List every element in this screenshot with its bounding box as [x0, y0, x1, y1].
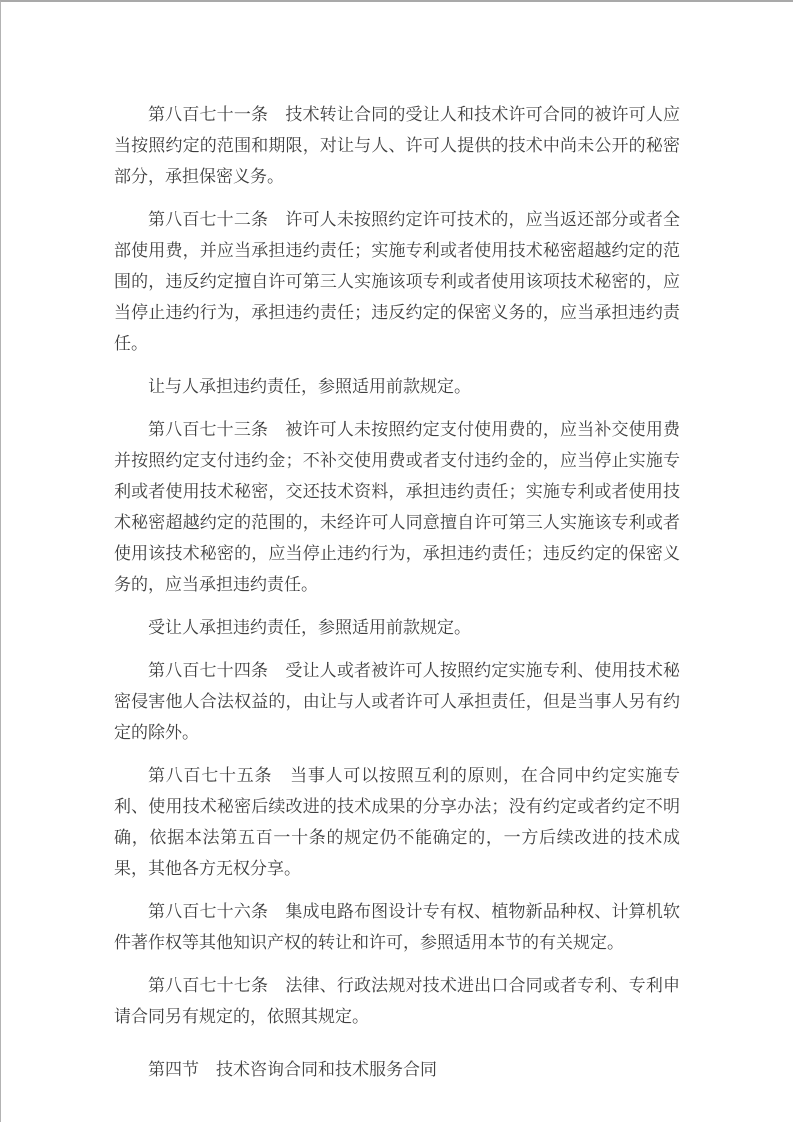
paragraph: 第八百七十一条 技术转让合同的受让人和技术许可合同的被许可人应当按照约定的范围和… [114, 99, 680, 192]
section-heading: 第四节 技术咨询合同和技术服务合同 [114, 1054, 680, 1085]
paragraph: 让与人承担违约责任，参照适用前款规定。 [114, 371, 680, 402]
document-page: 第八百七十一条 技术转让合同的受让人和技术许可合同的被许可人应当按照约定的范围和… [0, 0, 793, 1122]
paragraph: 受让人承担违约责任，参照适用前款规定。 [114, 612, 680, 643]
paragraph: 第八百七十六条 集成电路布图设计专有权、植物新品种权、计算机软件著作权等其他知识… [114, 896, 680, 958]
paragraph: 第八百七十七条 法律、行政法规对技术进出口合同或者专利、专利申请合同另有规定的，… [114, 970, 680, 1032]
document-body: 第八百七十一条 技术转让合同的受让人和技术许可合同的被许可人应当按照约定的范围和… [114, 2, 680, 1085]
paragraph: 第八百七十五条 当事人可以按照互利的原则，在合同中约定实施专利、使用技术秘密后续… [114, 760, 680, 884]
paragraph: 第八百七十四条 受让人或者被许可人按照约定实施专利、使用技术秘密侵害他人合法权益… [114, 655, 680, 748]
paragraph: 第八百七十三条 被许可人未按照约定支付使用费的，应当补交使用费并按照约定支付违约… [114, 414, 680, 600]
paragraph: 第八百七十二条 许可人未按照约定许可技术的，应当返还部分或者全部使用费，并应当承… [114, 204, 680, 359]
